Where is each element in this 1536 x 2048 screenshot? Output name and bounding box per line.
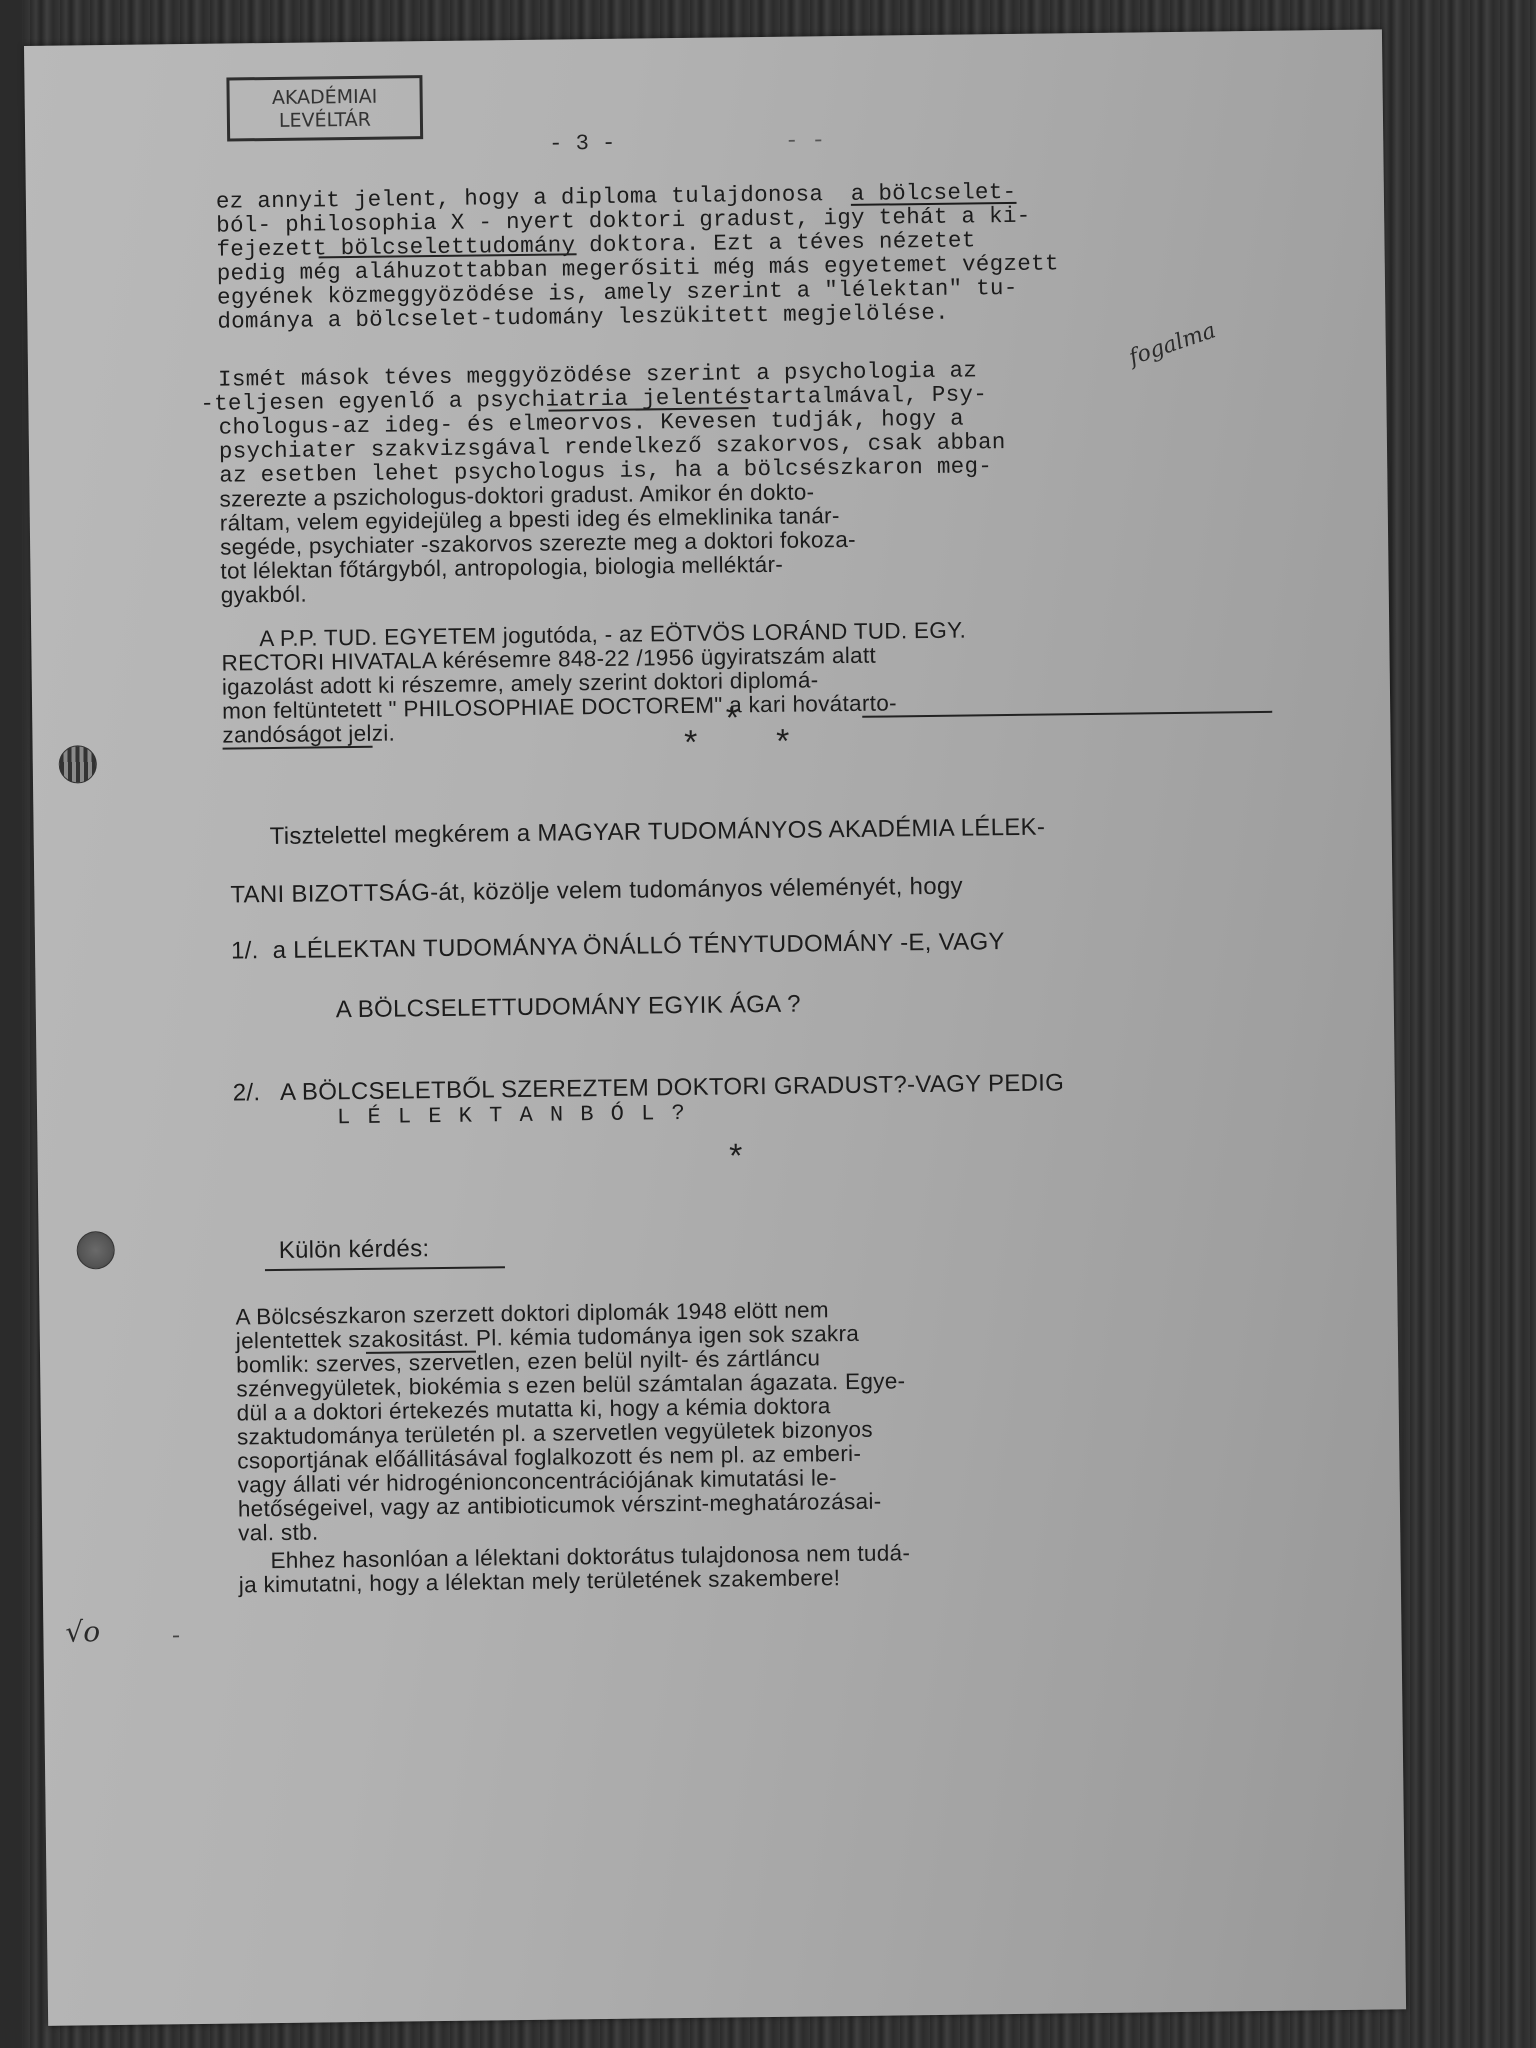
question-2-line-2: L É L E K T A N B Ó L ? [337,1102,687,1131]
separate-question-line-9: hetőségeivel, vagy az antibioticumok vér… [238,1490,882,1522]
separator-star-4: * [725,1141,746,1179]
separate-question-line-10: val. stb. [238,1521,319,1546]
underline-hovatartozandosag-1 [862,711,1272,718]
question-1-line-2: A BÖLCSELETTUDOMÁNY EGYIK ÁGA ? [336,993,801,1023]
closing-line-2: ja kimutatni, hogy a lélektan mely terül… [239,1566,841,1598]
page-number-faint: - - [785,128,825,153]
underline-hovatartozandosag-2 [223,746,373,750]
document-page: AKADÉMIAI LEVÉLTÁR - 3 - - - ez annyit j… [24,29,1406,2025]
question-1-number: 1/. [231,937,259,964]
separator-star-1: * [722,703,743,741]
question-2-number: 2/. [233,1079,261,1106]
separate-question-heading: Külön kérdés: [279,1237,430,1263]
punch-hole-2 [76,1231,114,1269]
margin-dash: - [169,1624,183,1649]
desk-edge [0,0,22,2048]
punch-hole-1 [59,745,97,783]
archive-stamp: AKADÉMIAI LEVÉLTÁR [226,75,423,141]
paragraph-2-line-9: tot lélektan főtárgyból, antropologia, b… [220,553,783,584]
stamp-line-2: LEVÉLTÁR [230,108,420,133]
question-1: 1/. a LÉLEKTAN TUDOMÁNYA ÖNÁLLÓ TÉNYTUDO… [231,930,1005,964]
question-1-line-1: a LÉLEKTAN TUDOMÁNYA ÖNÁLLÓ TÉNYTUDOMÁNY… [272,928,1004,964]
margin-annotation: √o [65,1615,100,1648]
separator-star-2: * [680,728,701,766]
handwritten-insert-fogalma: fogalma [1126,318,1219,370]
paragraph-3-line-5: zandóságot jelzi. [222,722,395,749]
paragraph-2-line-10: gyakból. [221,583,308,609]
request-line-1: Tisztelettel megkérem a MAGYAR TUDOMÁNYO… [270,816,1046,850]
page-number: - 3 - [549,131,615,157]
separator-star-3: * [772,727,793,765]
request-line-2: TANI BIZOTTSÁG-át, közölje velem tudomán… [230,875,963,908]
stamp-line-1: AKADÉMIAI [230,85,420,110]
heading-underline [265,1266,505,1271]
